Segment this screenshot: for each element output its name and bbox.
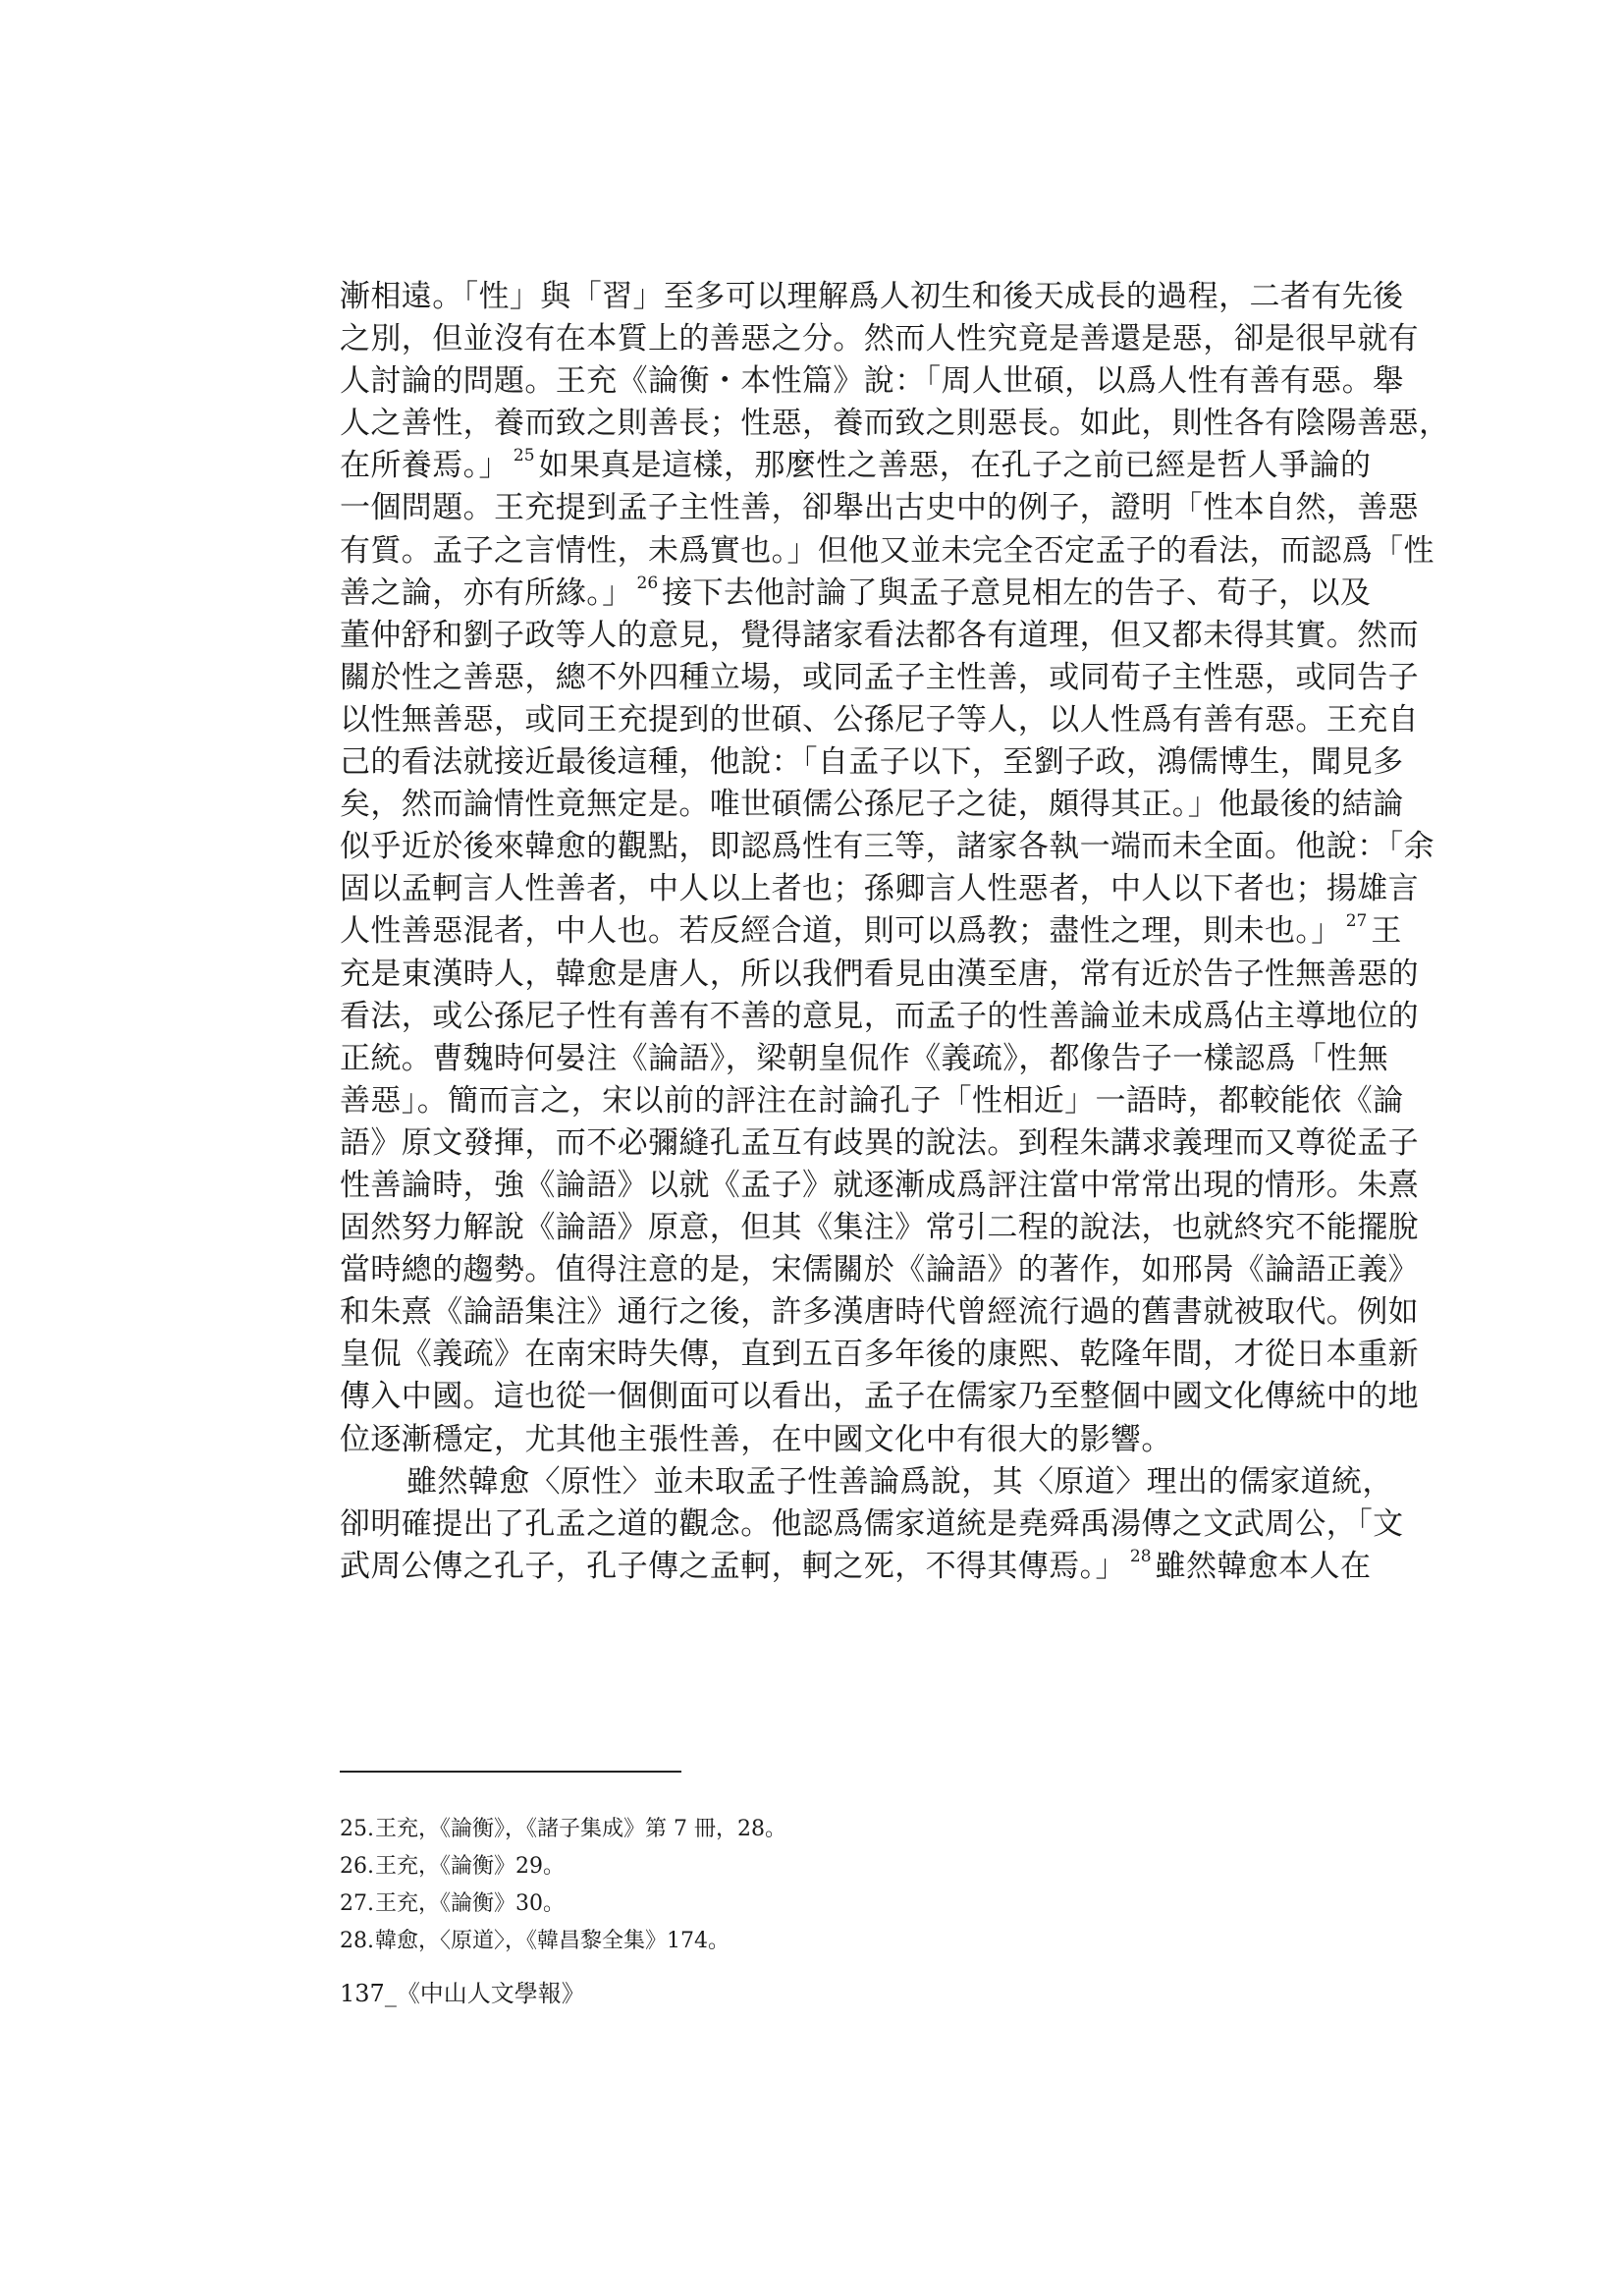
footnote-26: 26.王充，《論衡》29。 [340,1848,1223,1886]
body-line: 皇侃《義疏》在南宋時失傳，直到五百多年後的康熙、乾隆年間，才從日本重新 [340,1334,1286,1376]
body-line: 正統。曹魏時何晏注《論語》，梁朝皇侃作《義疏》，都像告子一樣認爲「性無 [340,1038,1286,1080]
body-line-paragraph-start: 雖然韓愈〈原性〉並未取孟子性善論爲說，其〈原道〉理出的儒家道統， [340,1461,1286,1503]
body-line: 人之善性，養而致之則善長；性惡，養而致之則惡長。如此，則性各有陰陽善惡， [340,403,1286,445]
body-line: 之別，但並沒有在本質上的善惡之分。然而人性究竟是善還是惡，卻是很早就有 [340,318,1286,360]
body-line: 以性無善惡，或同王充提到的世碩、公孫尼子等人，以人性爲有善有惡。王充自 [340,699,1286,741]
footnote-27: 27.王充，《論衡》30。 [340,1886,1223,1923]
page-number: 137 [340,1980,385,2007]
body-line: 善惡」。簡而言之，宋以前的評注在討論孔子「性相近」一語時，都較能依《論 [340,1080,1286,1122]
footnote-ref-28[interactable]: 28 [1130,1547,1152,1566]
body-line: 卻明確提出了孔孟之道的觀念。他認爲儒家道統是堯舜禹湯傳之文武周公，「文 [340,1503,1286,1546]
body-line: 和朱熹《論語集注》通行之後，許多漢唐時代曾經流行過的舊書就被取代。例如 [340,1291,1286,1334]
footnote-ref-25[interactable]: 25 [514,446,535,465]
body-line: 語》原文發揮，而不必彌縫孔孟互有歧異的說法。到程朱講求義理而又尊從孟子 [340,1122,1286,1165]
body-line: 在所養焉。」25如果真是這樣，那麼性之善惡，在孔子之前已經是哲人爭論的 [340,445,1286,487]
body-line: 傳入中國。這也從一個側面可以看出，孟子在儒家乃至整個中國文化傳統中的地 [340,1376,1286,1418]
body-line: 一個問題。王充提到孟子主性善，卻舉出古史中的例子，證明「性本自然，善惡 [340,487,1286,529]
body-line: 性善論時，強《論語》以就《孟子》就逐漸成爲評注當中常常出現的情形。朱熹 [340,1165,1286,1207]
body-line: 固然努力解說《論語》原意，但其《集注》常引二程的說法，也就終究不能擺脫 [340,1207,1286,1249]
body-line: 矣，然而論情性竟無定是。唯世碩儒公孫尼子之徒，頗得其正。」他最後的結論 [340,784,1286,826]
body-line: 似乎近於後來韓愈的觀點，即認爲性有三等，諸家各執一端而未全面。他說：「余 [340,826,1286,868]
footnote-ref-26[interactable]: 26 [637,574,659,593]
body-text: 漸相遠。「性」與「習」至多可以理解爲人初生和後天成長的過程，二者有先後 之別，但… [340,276,1286,1588]
body-line: 看法，或公孫尼子性有善有不善的意見，而孟子的性善論並未成爲佔主導地位的 [340,996,1286,1038]
footnotes: 25.王充，《論衡》，《諸子集成》第 7 冊，28。 26.王充，《論衡》29。… [340,1811,1223,1960]
body-line: 漸相遠。「性」與「習」至多可以理解爲人初生和後天成長的過程，二者有先後 [340,276,1286,318]
document-page: 漸相遠。「性」與「習」至多可以理解爲人初生和後天成長的過程，二者有先後 之別，但… [0,0,1623,2296]
footnote-28: 28.韓愈，〈原道〉，《韓昌黎全集》174。 [340,1923,1223,1960]
body-line: 當時總的趨勢。值得注意的是，宋儒關於《論語》的著作，如邢昺《論語正義》 [340,1249,1286,1291]
footnote-25: 25.王充，《論衡》，《諸子集成》第 7 冊，28。 [340,1811,1223,1848]
body-line: 關於性之善惡，總不外四種立場，或同孟子主性善，或同荀子主性惡，或同告子 [340,657,1286,699]
footnote-divider [340,1771,681,1773]
body-line: 有質。孟子之言情性，未爲實也。」但他又並未完全否定孟子的看法，而認爲「性 [340,530,1286,573]
journal-title: 《中山人文學報》 [397,1980,585,2007]
body-line: 武周公傳之孔子，孔子傳之孟軻，軻之死，不得其傳焉。」28雖然韓愈本人在 [340,1546,1286,1588]
footer-separator: _ [385,1980,397,2007]
body-line: 己的看法就接近最後這種，他說：「自孟子以下，至劉子政，鴻儒博生，聞見多 [340,741,1286,784]
body-line-paragraph-end: 位逐漸穩定，尤其他主張性善，在中國文化中有很大的影響。 [340,1419,1286,1461]
body-line: 人討論的問題。王充《論衡・本性篇》說：「周人世碩，以爲人性有善有惡。舉 [340,360,1286,403]
page-footer: 137_《中山人文學報》 [340,1976,585,2011]
body-line: 充是東漢時人，韓愈是唐人，所以我們看見由漢至唐，常有近於告子性無善惡的 [340,954,1286,996]
body-line: 董仲舒和劉子政等人的意見，覺得諸家看法都各有道理，但又都未得其實。然而 [340,615,1286,657]
footnote-ref-27[interactable]: 27 [1346,911,1368,931]
body-line: 人性善惡混者，中人也。若反經合道，則可以爲教；盡性之理，則未也。」27王 [340,910,1286,953]
body-line: 固以孟軻言人性善者，中人以上者也；孫卿言人性惡者，中人以下者也；揚雄言 [340,868,1286,910]
body-line: 善之論，亦有所緣。」26接下去他討論了與孟子意見相左的告子、荀子，以及 [340,573,1286,615]
